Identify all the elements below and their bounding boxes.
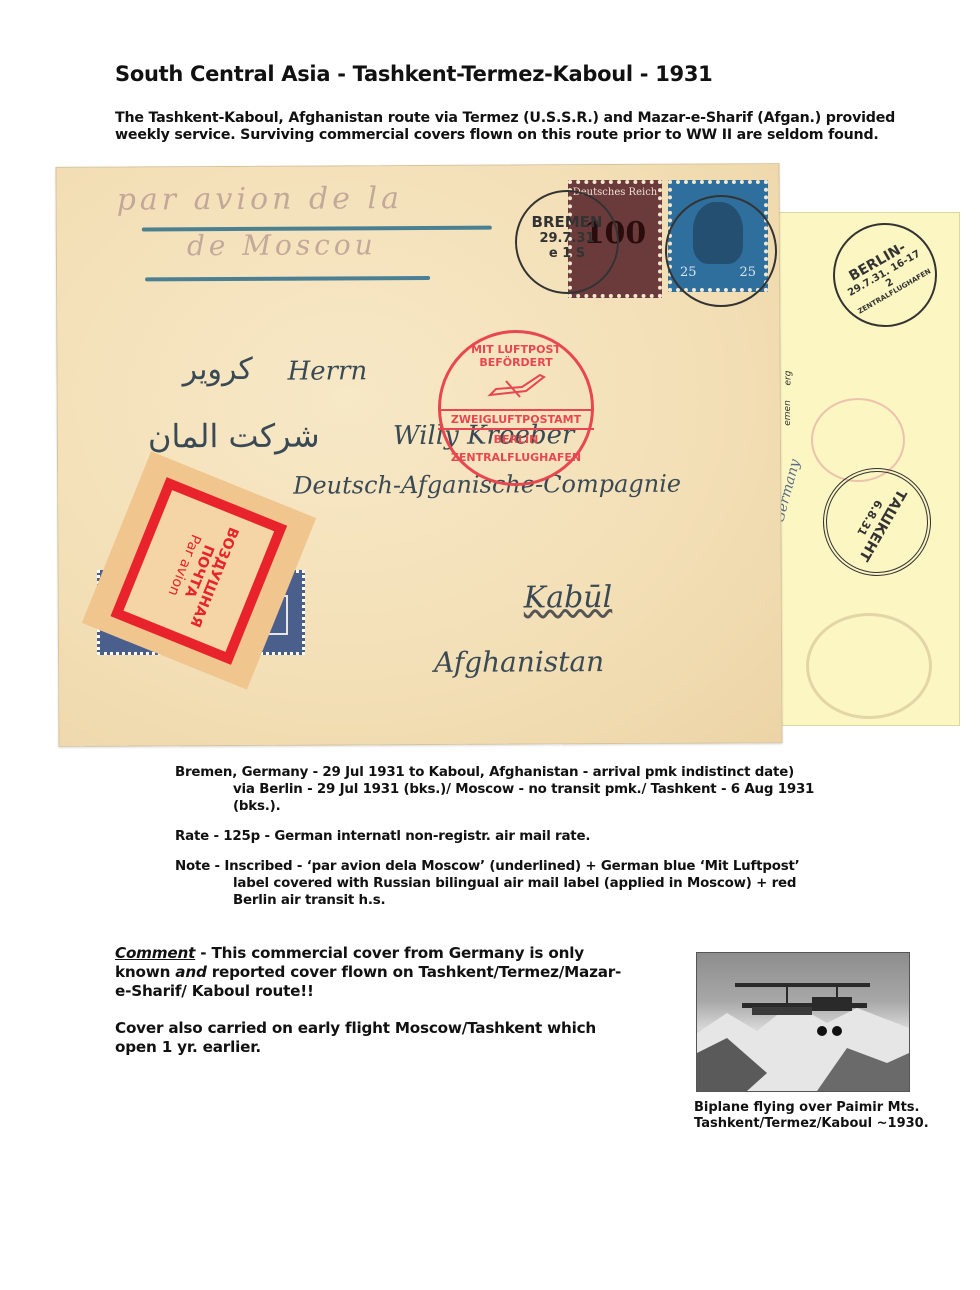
caption-line2: Tashkent/Termez/Kaboul ~1930. [694, 1116, 929, 1132]
underline-2 [145, 276, 430, 281]
persian-line1: کرویر [182, 352, 252, 387]
berlin-postmark: BERLIN- 29.7.31. 16-17 2 ZENTRALFLUGHAFE… [814, 204, 956, 346]
comment-para1: Comment - This commercial cover from Ger… [115, 944, 635, 1001]
route-info: Bremen, Germany - 29 Jul 1931 to Kaboul,… [175, 764, 835, 815]
photo-caption: Biplane flying over Paimir Mts. Tashkent… [694, 1100, 929, 1132]
addressee-city: Kabūl [524, 580, 613, 615]
bremen-pmk-code: e 1 S [549, 246, 585, 261]
note-info: Note - Inscribed - ‘par avion dela Mosco… [175, 858, 835, 909]
note-continuation: label covered with Russian bilingual air… [175, 875, 835, 909]
biplane-mountains-image [697, 953, 909, 1091]
inscription-line2: de Moscou [187, 228, 377, 262]
handstamp-band: ZWEIGLUFTPOSTAMT [438, 409, 594, 430]
comment-label: Comment [115, 944, 195, 962]
faint-arrival-postmark [806, 613, 932, 719]
note-line: Note - Inscribed - ‘par avion dela Mosco… [175, 858, 835, 875]
comment-para2: Cover also carried on early flight Mosco… [115, 1019, 635, 1057]
route-line: Bremen, Germany - 29 Jul 1931 to Kaboul,… [175, 764, 835, 781]
bremen-postmark-left: BREMEN 29.7.31 e 1 S [515, 190, 619, 294]
back-note-side2: emen [783, 400, 793, 426]
biplane-photo [696, 952, 910, 1092]
bremen-postmark-right [665, 195, 777, 307]
handstamp-bottom: ZENTRALFLUGHAFEN [441, 451, 591, 464]
russian-label-text: ВОЗДУШНАЯ ПОЧТА Par avion [157, 512, 241, 629]
russian-label-frame: ВОЗДУШНАЯ ПОЧТА Par avion [111, 477, 288, 665]
back-note-side1: erg [783, 371, 793, 386]
persian-line2: شرکت المان [148, 417, 320, 456]
cover-description: Bremen, Germany - 29 Jul 1931 to Kaboul,… [175, 764, 835, 909]
inscription-line1: par avion de la [117, 181, 403, 217]
addressee-country: Afghanistan [434, 645, 604, 679]
bremen-pmk-date: 29.7.31 [539, 231, 594, 246]
page-title: South Central Asia - Tashkent-Termez-Kab… [115, 62, 712, 86]
comment-and: and [175, 963, 206, 981]
comment-block: Comment - This commercial cover from Ger… [115, 944, 635, 1075]
berlin-airmail-handstamp: MIT LUFTPOST BEFÖRDERT ZWEIGLUFTPOSTAMT … [438, 330, 594, 486]
rate-info: Rate - 125p - German internatl non-regis… [175, 828, 835, 845]
bremen-pmk-town: BREMEN [532, 213, 603, 231]
handstamp-top: MIT LUFTPOST BEFÖRDERT [441, 343, 591, 369]
airplane-icon [486, 371, 548, 401]
intro-text: The Tashkent-Kaboul, Afghanistan route v… [115, 110, 905, 144]
addressee-line1: Herrn [287, 356, 367, 386]
handstamp-mid: BERLIN [441, 433, 591, 446]
caption-line1: Biplane flying over Paimir Mts. [694, 1100, 929, 1116]
route-continuation: via Berlin - 29 Jul 1931 (bks.)/ Moscow … [175, 781, 835, 815]
